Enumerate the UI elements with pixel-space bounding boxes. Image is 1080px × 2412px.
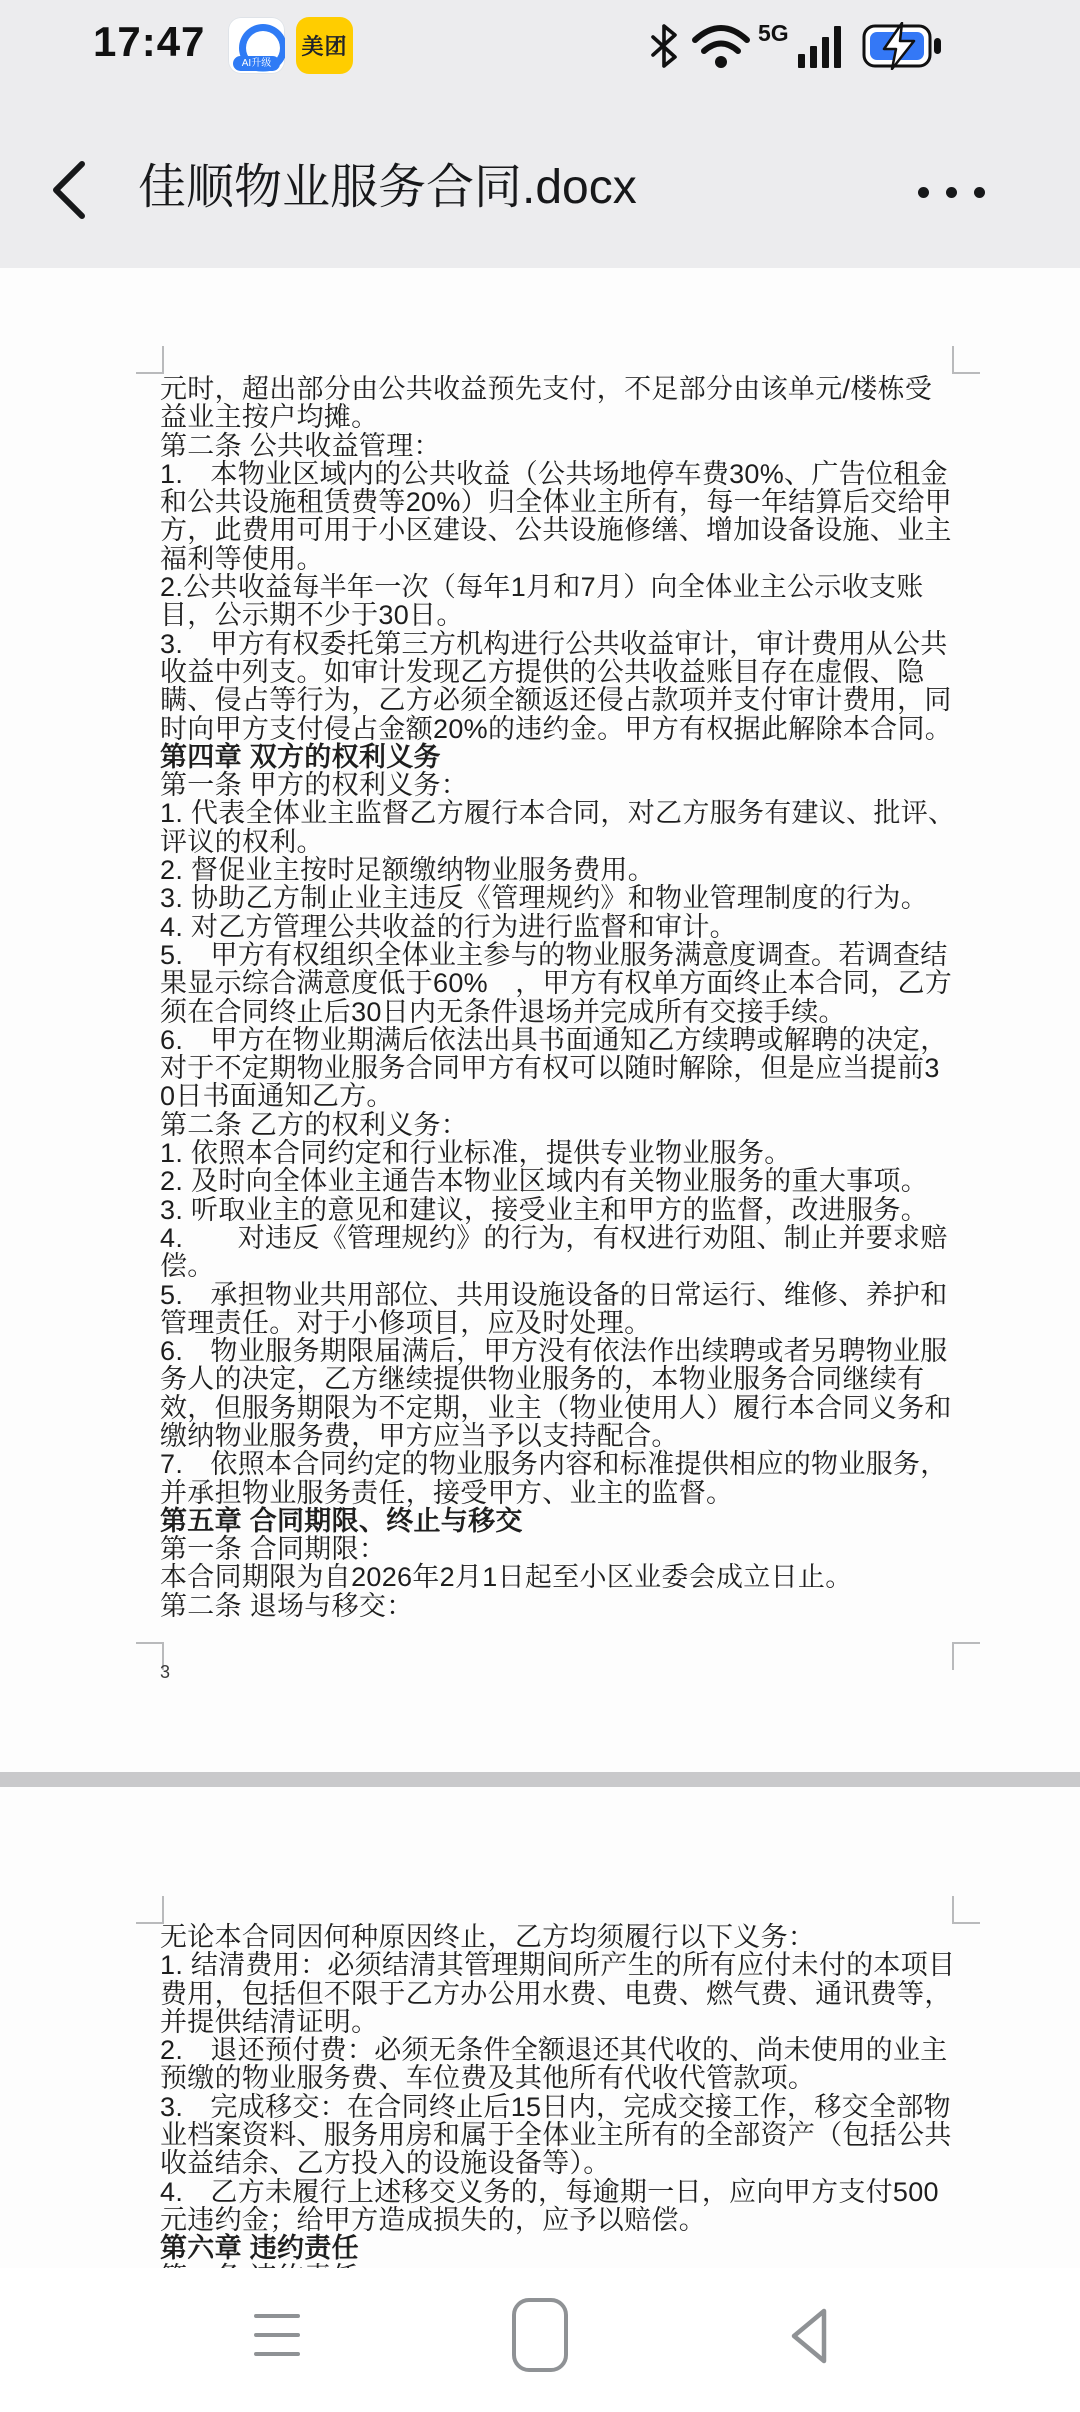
document-text-line: 4. 乙方未履行上述移交义务的，每逾期一日，应向甲方支付500 xyxy=(160,2178,960,2206)
menu-icon xyxy=(254,2352,300,2356)
notification-app-icon: AI升级 xyxy=(228,17,285,74)
home-button[interactable] xyxy=(512,2298,568,2372)
document-text-line: 2.公共收益每半年一次（每年1月和7月）向全体业主公示收支账 xyxy=(160,573,960,601)
android-navigation-bar xyxy=(0,2268,1080,2412)
signal-strength-icon xyxy=(798,26,854,68)
ellipsis-dot xyxy=(946,187,957,198)
document-text-line: 效，但服务期限为不定期，业主（物业使用人）履行本合同义务和 xyxy=(160,1394,960,1422)
page-margin-mark xyxy=(136,1896,164,1924)
nav-back-button[interactable] xyxy=(784,2305,840,2367)
document-text-line: 第五章 合同期限、终止与移交 xyxy=(160,1507,960,1535)
document-text-line: 3. 甲方有权委托第三方机构进行公共收益审计，审计费用从公共 xyxy=(160,630,960,658)
document-text-line: 1. 本物业区域内的公共收益（公共场地停车费30%、广告位租金 xyxy=(160,460,960,488)
document-text-line: 5. 甲方有权组织全体业主参与的物业服务满意度调查。若调查结 xyxy=(160,941,960,969)
header: 17:47 AI升级 美团 5G xyxy=(0,0,1080,268)
document-text-line: 元时，超出部分由公共收益预先支付，不足部分由该单元/楼栋受 xyxy=(160,375,960,403)
document-text-line: 时向甲方支付侵占金额20%的违约金。甲方有权据此解除本合同。 xyxy=(160,715,960,743)
document-text-line: 6. 甲方在物业期满后依法出具书面通知乙方续聘或解聘的决定， xyxy=(160,1026,960,1054)
document-text-line: 费用，包括但不限于乙方办公用水费、电费、燃气费、通讯费等， xyxy=(160,1980,960,2008)
document-text-line: 第二条 退场与移交： xyxy=(160,1592,960,1620)
page-margin-mark xyxy=(952,1896,980,1924)
document-text-line: 并提供结清证明。 xyxy=(160,2008,960,2036)
document-text-line: 第二条 公共收益管理： xyxy=(160,432,960,460)
document-text-line: 福利等使用。 xyxy=(160,545,960,573)
document-text-line: 评议的权利。 xyxy=(160,828,960,856)
status-bar: 17:47 AI升级 美团 5G xyxy=(0,0,1080,90)
wifi-icon xyxy=(690,22,752,70)
page-margin-mark xyxy=(952,1642,980,1670)
ai-upgrade-label: AI升级 xyxy=(233,56,280,71)
document-text-line: 3. 协助乙方制止业主违反《管理规约》和物业管理制度的行为。 xyxy=(160,884,960,912)
document-text-line: 缴纳物业服务费，甲方应当予以支持配合。 xyxy=(160,1422,960,1450)
page-margin-mark xyxy=(952,346,980,374)
network-type-label: 5G xyxy=(758,20,789,47)
document-text-line: 务人的决定，乙方继续提供物业服务的，本物业服务合同继续有 xyxy=(160,1365,960,1393)
document-text-line: 目，公示期不少于30日。 xyxy=(160,601,960,629)
document-text-line: 2. 及时向全体业主通告本物业区域内有关物业服务的重大事项。 xyxy=(160,1167,960,1195)
menu-icon xyxy=(254,2333,300,2337)
document-text-line: 并承担物业服务责任，接受甲方、业主的监督。 xyxy=(160,1479,960,1507)
title-bar: 佳顺物业服务合同.docx xyxy=(0,120,1080,268)
document-text-line: 第一条 合同期限： xyxy=(160,1535,960,1563)
document-text-line: 和公共设施租赁费等20%）归全体业主所有，每一年结算后交给甲 xyxy=(160,488,960,516)
page-margin-mark xyxy=(136,346,164,374)
battery-charging-icon xyxy=(862,22,944,70)
document-text-line: 元违约金；给甲方造成损失的，应予以赔偿。 xyxy=(160,2206,960,2234)
page-separator xyxy=(0,1772,1080,1787)
document-text-line: 3. 完成移交：在合同终止后15日内，完成交接工作，移交全部物 xyxy=(160,2093,960,2121)
document-text-line: 对于不定期物业服务合同甲方有权可以随时解除，但是应当提前3 xyxy=(160,1054,960,1082)
document-text-line: 第一条 甲方的权利义务： xyxy=(160,771,960,799)
document-text-line: 第四章 双方的权利义务 xyxy=(160,743,960,771)
bluetooth-icon xyxy=(648,22,680,70)
document-text-line: 4. 对乙方管理公共收益的行为进行监督和审计。 xyxy=(160,913,960,941)
document-text-line: 7. 依照本合同约定的物业服务内容和标准提供相应的物业服务， xyxy=(160,1450,960,1478)
document-text-line: 5. 承担物业共用部位、共用设施设备的日常运行、维修、养护和 xyxy=(160,1281,960,1309)
document-text-line: 0日书面通知乙方。 xyxy=(160,1082,960,1110)
document-text-line: 第六章 违约责任 xyxy=(160,2234,960,2262)
document-text-line: 预缴的物业服务费、车位费及其他所有代收代管款项。 xyxy=(160,2064,960,2092)
document-text-line: 3. 听取业主的意见和建议，接受业主和甲方的监督，改进服务。 xyxy=(160,1196,960,1224)
document-text-line: 本合同期限为自2026年2月1日起至小区业委会成立日止。 xyxy=(160,1563,960,1591)
document-text-line: 须在合同终止后30日内无条件退场并完成所有交接手续。 xyxy=(160,998,960,1026)
document-text-line: 第二条 乙方的权利义务： xyxy=(160,1111,960,1139)
document-text-line: 果显示综合满意度低于60% ，甲方有权单方面终止本合同，乙方 xyxy=(160,969,960,997)
document-text-line: 方，此费用可用于小区建设、公共设施修缮、增加设备设施、业主 xyxy=(160,516,960,544)
document-text-line: 益业主按户均摊。 xyxy=(160,403,960,431)
page-3-text: 元时，超出部分由公共收益预先支付，不足部分由该单元/楼栋受益业主按户均摊。第二条… xyxy=(160,375,960,1620)
document-text-line: 1. 代表全体业主监督乙方履行本合同，对乙方服务有建议、批评、 xyxy=(160,799,960,827)
clock: 17:47 xyxy=(93,18,205,66)
ellipsis-dot xyxy=(974,187,985,198)
ellipsis-dot xyxy=(918,187,929,198)
document-text-line: 业档案资料、服务用房和属于全体业主所有的全部资产（包括公共 xyxy=(160,2121,960,2149)
document-title: 佳顺物业服务合同.docx xyxy=(138,148,898,217)
menu-icon xyxy=(254,2314,300,2318)
document-scroll-area[interactable]: 元时，超出部分由公共收益预先支付，不足部分由该单元/楼栋受益业主按户均摊。第二条… xyxy=(0,268,1080,2268)
page-4-text: 无论本合同因何种原因终止，乙方均须履行以下义务：1. 结清费用：必须结清其管理期… xyxy=(160,1923,960,2268)
document-text-line: 1. 依照本合同约定和行业标准，提供专业物业服务。 xyxy=(160,1139,960,1167)
document-text-line: 瞒、侵占等行为，乙方必须全额返还侵占款项并支付审计费用，同 xyxy=(160,686,960,714)
document-text-line: 管理责任。对于小修项目，应及时处理。 xyxy=(160,1309,960,1337)
document-text-line: 2. 督促业主按时足额缴纳物业服务费用。 xyxy=(160,856,960,884)
meituan-app-icon: 美团 xyxy=(296,17,353,74)
back-button[interactable] xyxy=(40,150,100,230)
document-text-line: 2. 退还预付费：必须无条件全额退还其代收的、尚未使用的业主 xyxy=(160,2036,960,2064)
document-text-line: 偿。 xyxy=(160,1252,960,1280)
document-text-line: 1. 结清费用：必须结清其管理期间所产生的所有应付未付的本项目 xyxy=(160,1951,960,1979)
more-options-button[interactable] xyxy=(918,172,1014,212)
menu-button[interactable] xyxy=(254,2314,300,2356)
document-text-line: 4. 对违反《管理规约》的行为，有权进行劝阻、制止并要求赔 xyxy=(160,1224,960,1252)
page-number: 3 xyxy=(160,1662,170,1683)
document-text-line: 无论本合同因何种原因终止，乙方均须履行以下义务： xyxy=(160,1923,960,1951)
document-text-line: 收益中列支。如审计发现乙方提供的公共收益账目存在虚假、隐 xyxy=(160,658,960,686)
document-text-line: 收益结余、乙方投入的设施设备等）。 xyxy=(160,2149,960,2177)
document-text-line: 6. 物业服务期限届满后，甲方没有依法作出续聘或者另聘物业服 xyxy=(160,1337,960,1365)
